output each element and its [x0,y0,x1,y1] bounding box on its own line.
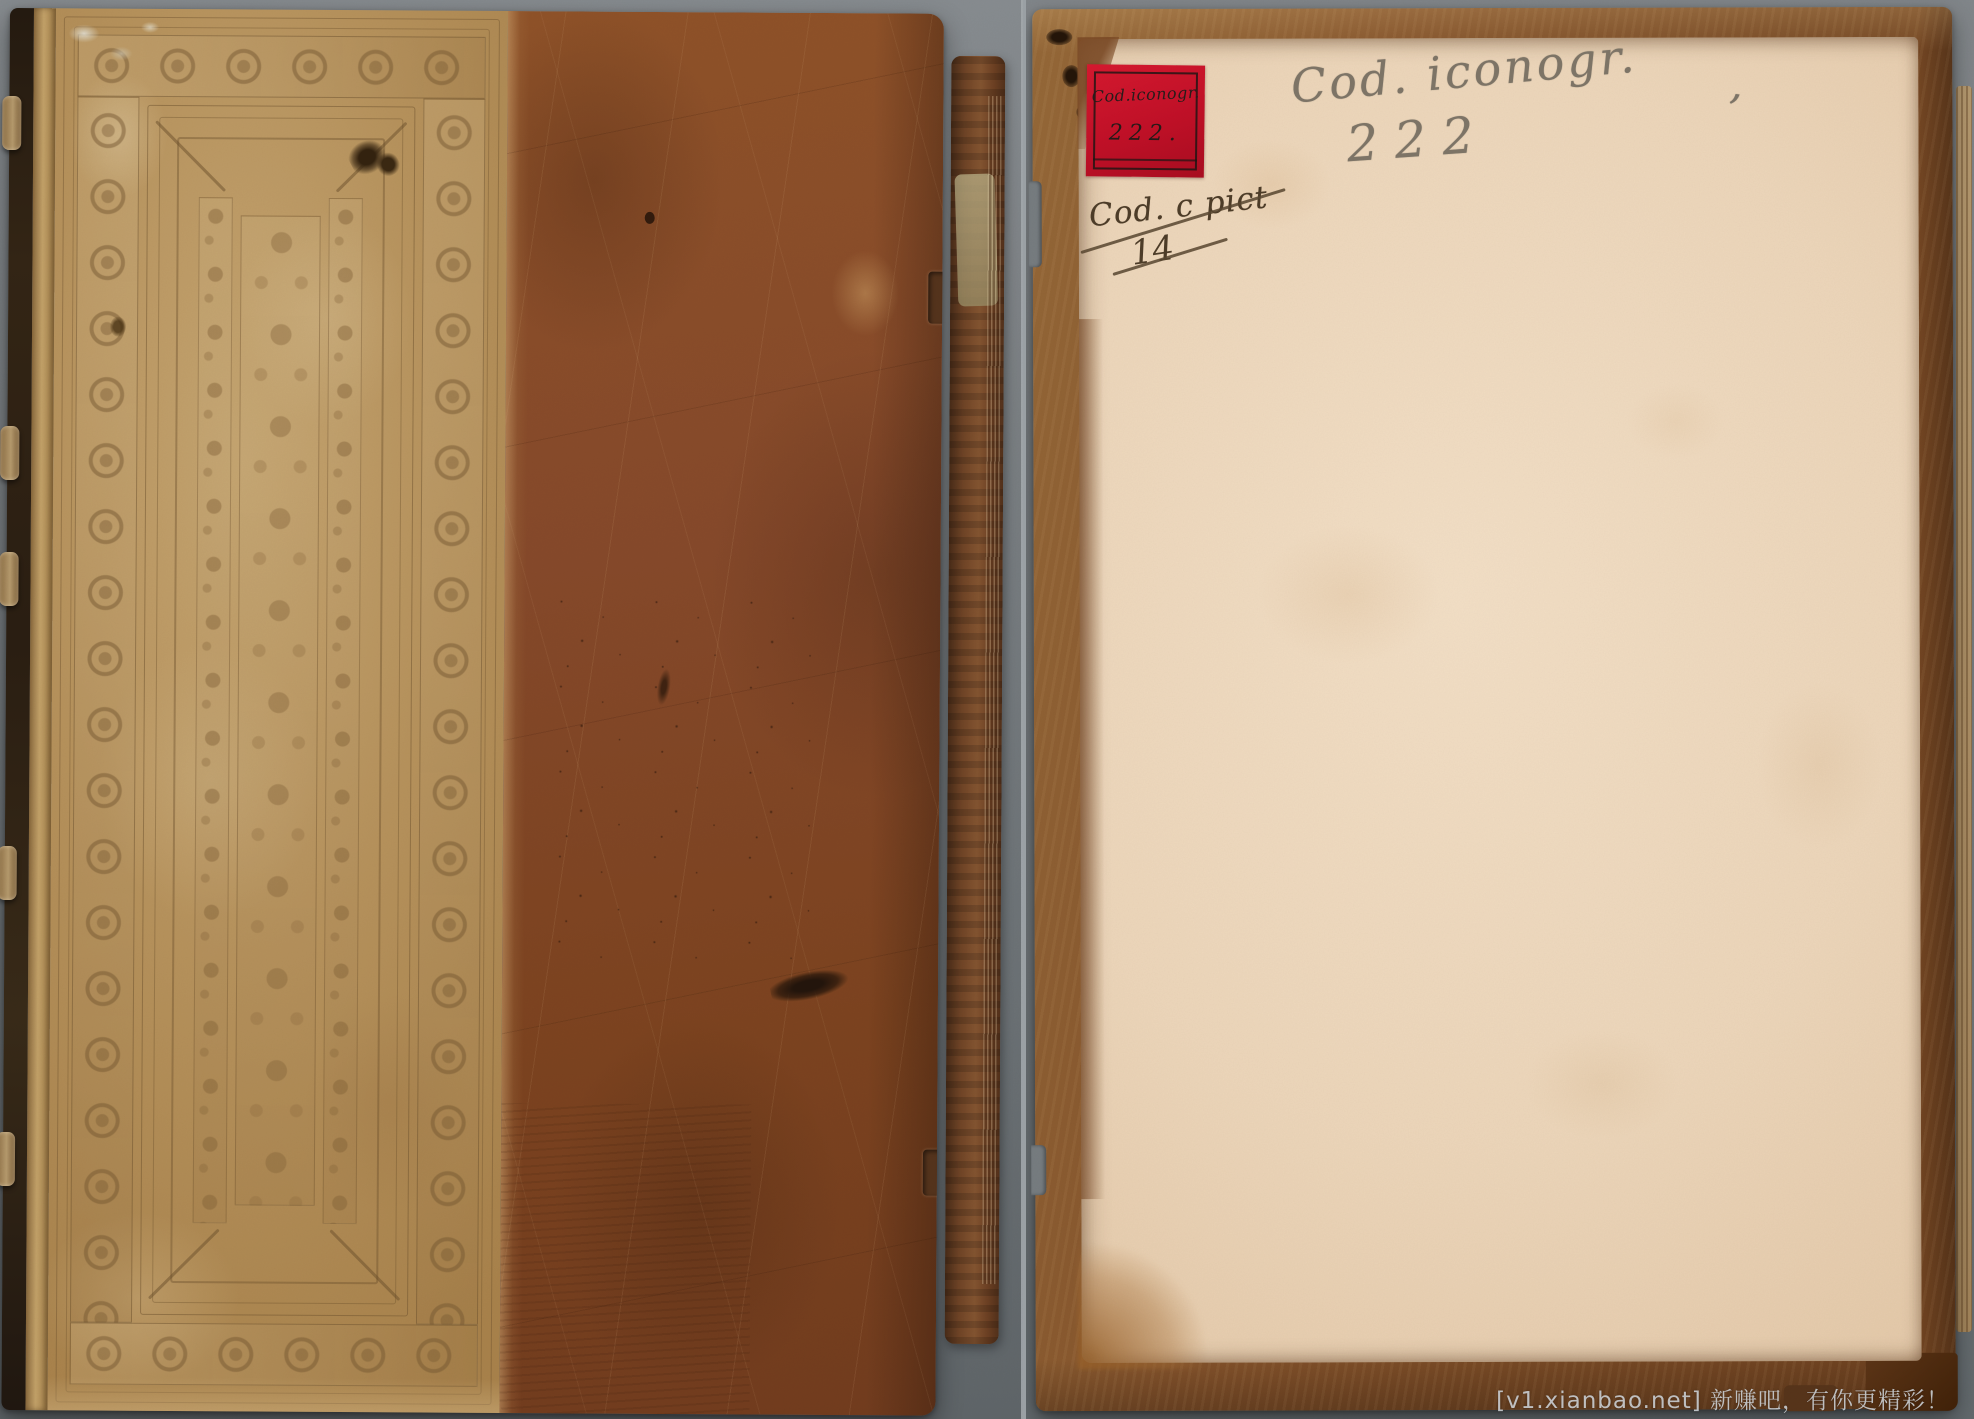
hinge-leather-edge [1079,319,1105,1199]
spine-raised-band [0,1132,15,1186]
spine-raised-band [0,846,17,900]
clasp-notch [1029,181,1042,267]
book-front-cover [1,8,944,1416]
manuscript-binding-photo-composite: Cod.iconogr. 222. Cod. iconogr. 222 ’ Co… [0,0,1974,1419]
clasp-remnant-patch [832,251,899,335]
crossed-out-old-shelfmark: Cod. c pict 14 [1089,188,1369,309]
spine-raised-band [0,552,19,606]
clasp-notch [1031,1145,1046,1195]
label-shelfmark-number: 222. [1086,120,1204,146]
ink-stain [110,317,126,337]
central-floral-panel [235,215,321,1205]
clasp-recess [923,1150,939,1196]
medallion-roll-border-right [416,99,485,1325]
floral-tool-strip [193,197,233,1223]
tooled-vellum-panel [47,8,508,1413]
pencil-shelfmark-number: 222 [1345,105,1492,173]
site-watermark: [v1.xianbao.net] 新赚吧，有你更精彩！ [1496,1382,1950,1415]
pencil-shelfmark-text: Cod. iconogr. [1289,29,1640,114]
medallion-roll-border-left [70,96,139,1322]
floral-tool-strip [323,198,363,1224]
dark-stain [645,212,655,224]
text-block-foreedge [945,56,1006,1344]
clasp-recess [928,272,944,324]
book-inside-cover: Cod.iconogr. 222. Cod. iconogr. 222 ’ Co… [1032,7,1956,1411]
stray-pencil-mark: ’ [1723,85,1743,135]
photo-front-cover [0,0,1023,1419]
page-edges-strip [1956,86,1972,1332]
spine-raised-band [2,96,21,150]
old-shelfmark-text: Cod. c pict [1087,179,1270,234]
leather-speckles [542,591,824,973]
leather-wear-spot [1046,29,1072,45]
photo-inside-cover: Cod.iconogr. 222. Cod. iconogr. 222 ’ Co… [1026,0,1974,1419]
bottom-edge-wear [47,1376,499,1413]
shelfmark-label: Cod.iconogr. 222. [1086,64,1205,177]
spine-raised-band [0,426,19,480]
calf-leather-panel [499,11,944,1416]
pastedown-page: Cod.iconogr. 222. Cod. iconogr. 222 ’ Co… [1078,37,1921,1363]
photo-divider-line [1021,0,1026,1419]
damp-stain [1077,1217,1233,1369]
leather-grain-texture [499,1103,751,1415]
corner-wear-chips [60,12,170,79]
